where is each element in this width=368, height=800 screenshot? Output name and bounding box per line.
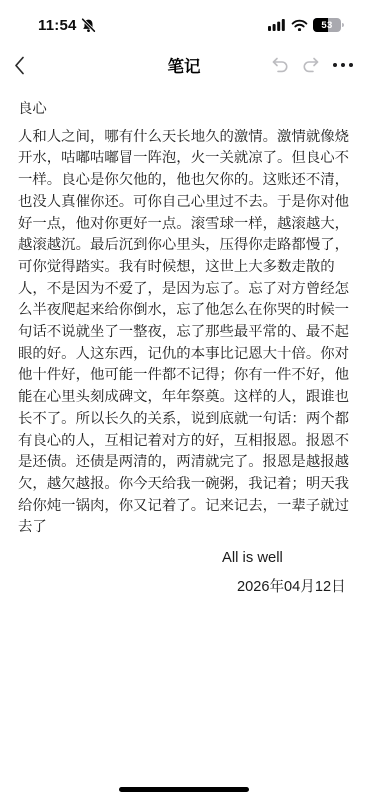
note-title[interactable]: 良心 bbox=[18, 99, 350, 121]
more-options-button[interactable] bbox=[332, 53, 354, 77]
battery-nub bbox=[342, 23, 344, 28]
nav-bar: 笔记 bbox=[0, 44, 368, 86]
battery-body: 53 bbox=[313, 18, 341, 32]
status-right-cluster: 53 bbox=[268, 18, 344, 32]
redo-button[interactable] bbox=[300, 53, 322, 77]
status-time: 11:54 bbox=[38, 17, 77, 34]
redo-icon bbox=[302, 56, 321, 74]
home-indicator[interactable] bbox=[119, 787, 249, 792]
note-signature[interactable]: All is well bbox=[222, 547, 350, 569]
cellular-signal-icon bbox=[268, 19, 286, 31]
undo-icon bbox=[270, 56, 289, 74]
wifi-icon bbox=[291, 19, 308, 32]
notes-app-screen: 11:54 bbox=[0, 0, 368, 800]
back-button[interactable] bbox=[14, 56, 54, 75]
status-bar: 11:54 bbox=[0, 0, 368, 44]
bell-slash-icon bbox=[81, 18, 96, 33]
note-editor[interactable]: 良心 人和人之间，哪有什么天长地久的激情。激情就像烧开水，咕嘟咕嘟冒一阵泡，火一… bbox=[0, 86, 368, 598]
note-body[interactable]: 人和人之间，哪有什么天长地久的激情。激情就像烧开水，咕嘟咕嘟冒一阵泡，火一关就凉… bbox=[18, 127, 350, 539]
undo-button[interactable] bbox=[268, 53, 290, 77]
battery-percent: 53 bbox=[313, 18, 341, 32]
ellipsis-icon bbox=[332, 62, 354, 68]
nav-actions bbox=[268, 53, 354, 77]
battery-indicator: 53 bbox=[313, 18, 344, 32]
note-date[interactable]: 2026年04月12日 bbox=[237, 576, 350, 598]
status-left-cluster: 11:54 bbox=[38, 17, 96, 34]
chevron-left-icon bbox=[14, 56, 25, 75]
